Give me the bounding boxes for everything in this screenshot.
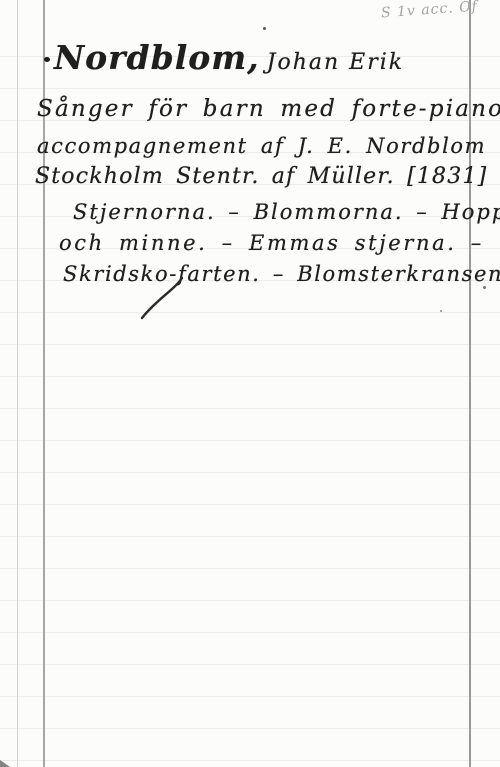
ink-speck (263, 27, 266, 30)
ink-dot (44, 57, 50, 62)
pencil-shelfmark-note: S 1v acc. Öf (381, 0, 479, 21)
author-forenames: Johan Erik (267, 50, 404, 75)
ink-speck (483, 286, 486, 289)
pen-flourish-descender (138, 276, 184, 320)
ink-speck (440, 310, 442, 312)
title-line-1: Sånger för barn med forte-piano- (37, 97, 500, 122)
contents-line-1: Stjernorna. – Blommorna. – Hopp (73, 201, 500, 224)
author-heading: Nordblom,Johan Erik (54, 40, 404, 76)
scanned-catalog-card: S 1v acc. Öf Nordblom,Johan Erik Sånger … (0, 0, 500, 767)
author-surname: Nordblom, (54, 38, 260, 77)
title-line-2: accompagnement af J. E. Nordblom (37, 135, 486, 158)
scan-corner-artifact (0, 756, 10, 767)
left-outer-margin-line (17, 0, 18, 767)
contents-line-2: och minne. – Emmas stjerna. – (59, 232, 484, 255)
contents-line-3: Skridsko-farten. – Blomsterkransen. (63, 263, 500, 286)
imprint-line: Stockholm Stentr. af Müller. [1831] (35, 165, 487, 189)
